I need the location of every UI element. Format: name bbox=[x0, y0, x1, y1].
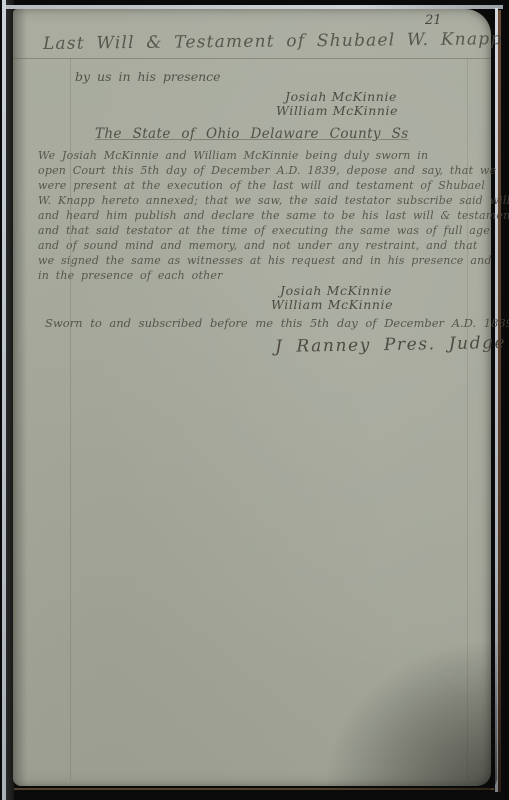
witness-signature-bottom-2: William McKinnie bbox=[271, 297, 393, 312]
presence-line: by us in his presence bbox=[75, 69, 221, 84]
book-binding-edge bbox=[498, 10, 501, 792]
deposition-line: W. Knapp hereto annexed; that we saw, th… bbox=[38, 193, 478, 208]
page-number: 21 bbox=[425, 13, 442, 28]
corner-shadow bbox=[327, 642, 497, 792]
judge-signature: J Ranney Pres. Judge bbox=[275, 333, 507, 357]
deposition-line: and of sound mind and memory, and not un… bbox=[38, 238, 478, 253]
deposition-line: in the presence of each other bbox=[38, 268, 478, 283]
ruled-line-horizontal bbox=[13, 58, 491, 59]
court-heading: The State of Ohio Delaware County Ss bbox=[95, 126, 409, 142]
witness-signature-top-1: Josiah McKinnie bbox=[285, 89, 397, 104]
record-title: Last Will & Testament of Shubael W. Knap… bbox=[43, 28, 509, 54]
witness-signature-top-2: William McKinnie bbox=[276, 103, 398, 118]
page-gutter-shadow bbox=[13, 9, 27, 786]
deposition-line: open Court this 5th day of December A.D.… bbox=[38, 163, 478, 178]
witness-signature-bottom-1: Josiah McKinnie bbox=[280, 283, 392, 298]
deposition-line: We Josiah McKinnie and William McKinnie … bbox=[38, 148, 478, 163]
ledger-page: 21 Last Will & Testament of Shubael W. K… bbox=[13, 9, 491, 786]
book-cover-edge-bottom bbox=[14, 788, 494, 790]
deposition-line: and heard him publish and declare the sa… bbox=[38, 208, 478, 223]
deposition-line: and that said testator at the time of ex… bbox=[38, 223, 478, 238]
scanned-will-record-page: 21 Last Will & Testament of Shubael W. K… bbox=[0, 0, 509, 800]
deposition-line: were present at the execution of the las… bbox=[38, 178, 478, 193]
jurat-line: Sworn to and subscribed before me this 5… bbox=[45, 316, 509, 330]
deposition-line: we signed the same as witnesses at his r… bbox=[38, 253, 478, 268]
deposition-body: We Josiah McKinnie and William McKinnie … bbox=[38, 148, 478, 283]
